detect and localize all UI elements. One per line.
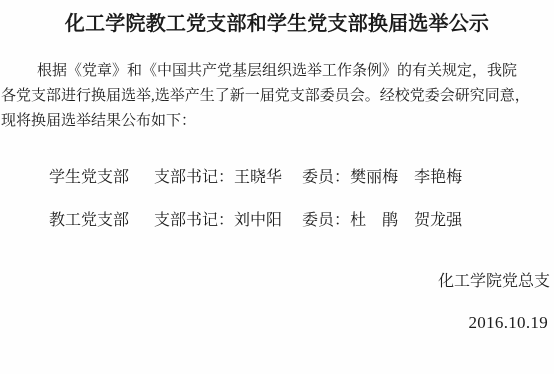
document-title: 化工学院教工党支部和学生党支部换届选举公示: [0, 13, 554, 35]
member-names: 杜 鹃 贺龙强: [350, 212, 462, 229]
members-label: 委员：: [302, 169, 350, 186]
branch-name: 学生党支部: [49, 169, 129, 186]
branch-row-staff: 教工党支部支部书记：刘中阳委员：杜 鹃 贺龙强: [33, 191, 462, 251]
members-label: 委员：: [302, 212, 350, 229]
member-names: 樊丽梅 李艳梅: [350, 169, 462, 186]
signature: 化工学院党总支: [438, 272, 550, 292]
branch-name: 教工党支部: [49, 212, 129, 229]
paragraph-line-2: 各党支部进行换届选举,选举产生了新一届党支部委员会。经校党委会研究同意，: [1, 84, 552, 109]
secretary-label: 支部书记：: [154, 212, 234, 229]
announcement-document: 化工学院教工党支部和学生党支部换届选举公示 根据《党章》和《中国共产党基层组织选…: [0, 0, 554, 374]
secretary-name: 刘中阳: [234, 212, 282, 229]
secretary-name: 王晓华: [234, 169, 282, 186]
paragraph-line-3: 现将换届选举结果公布如下：: [1, 109, 552, 134]
secretary-label: 支部书记：: [154, 169, 234, 186]
body-paragraph: 根据《党章》和《中国共产党基层组织选举工作条例》的有关规定，我院 各党支部进行换…: [1, 59, 552, 134]
paragraph-line-1: 根据《党章》和《中国共产党基层组织选举工作条例》的有关规定，我院: [1, 59, 552, 84]
date: 2016.10.19: [469, 313, 549, 333]
